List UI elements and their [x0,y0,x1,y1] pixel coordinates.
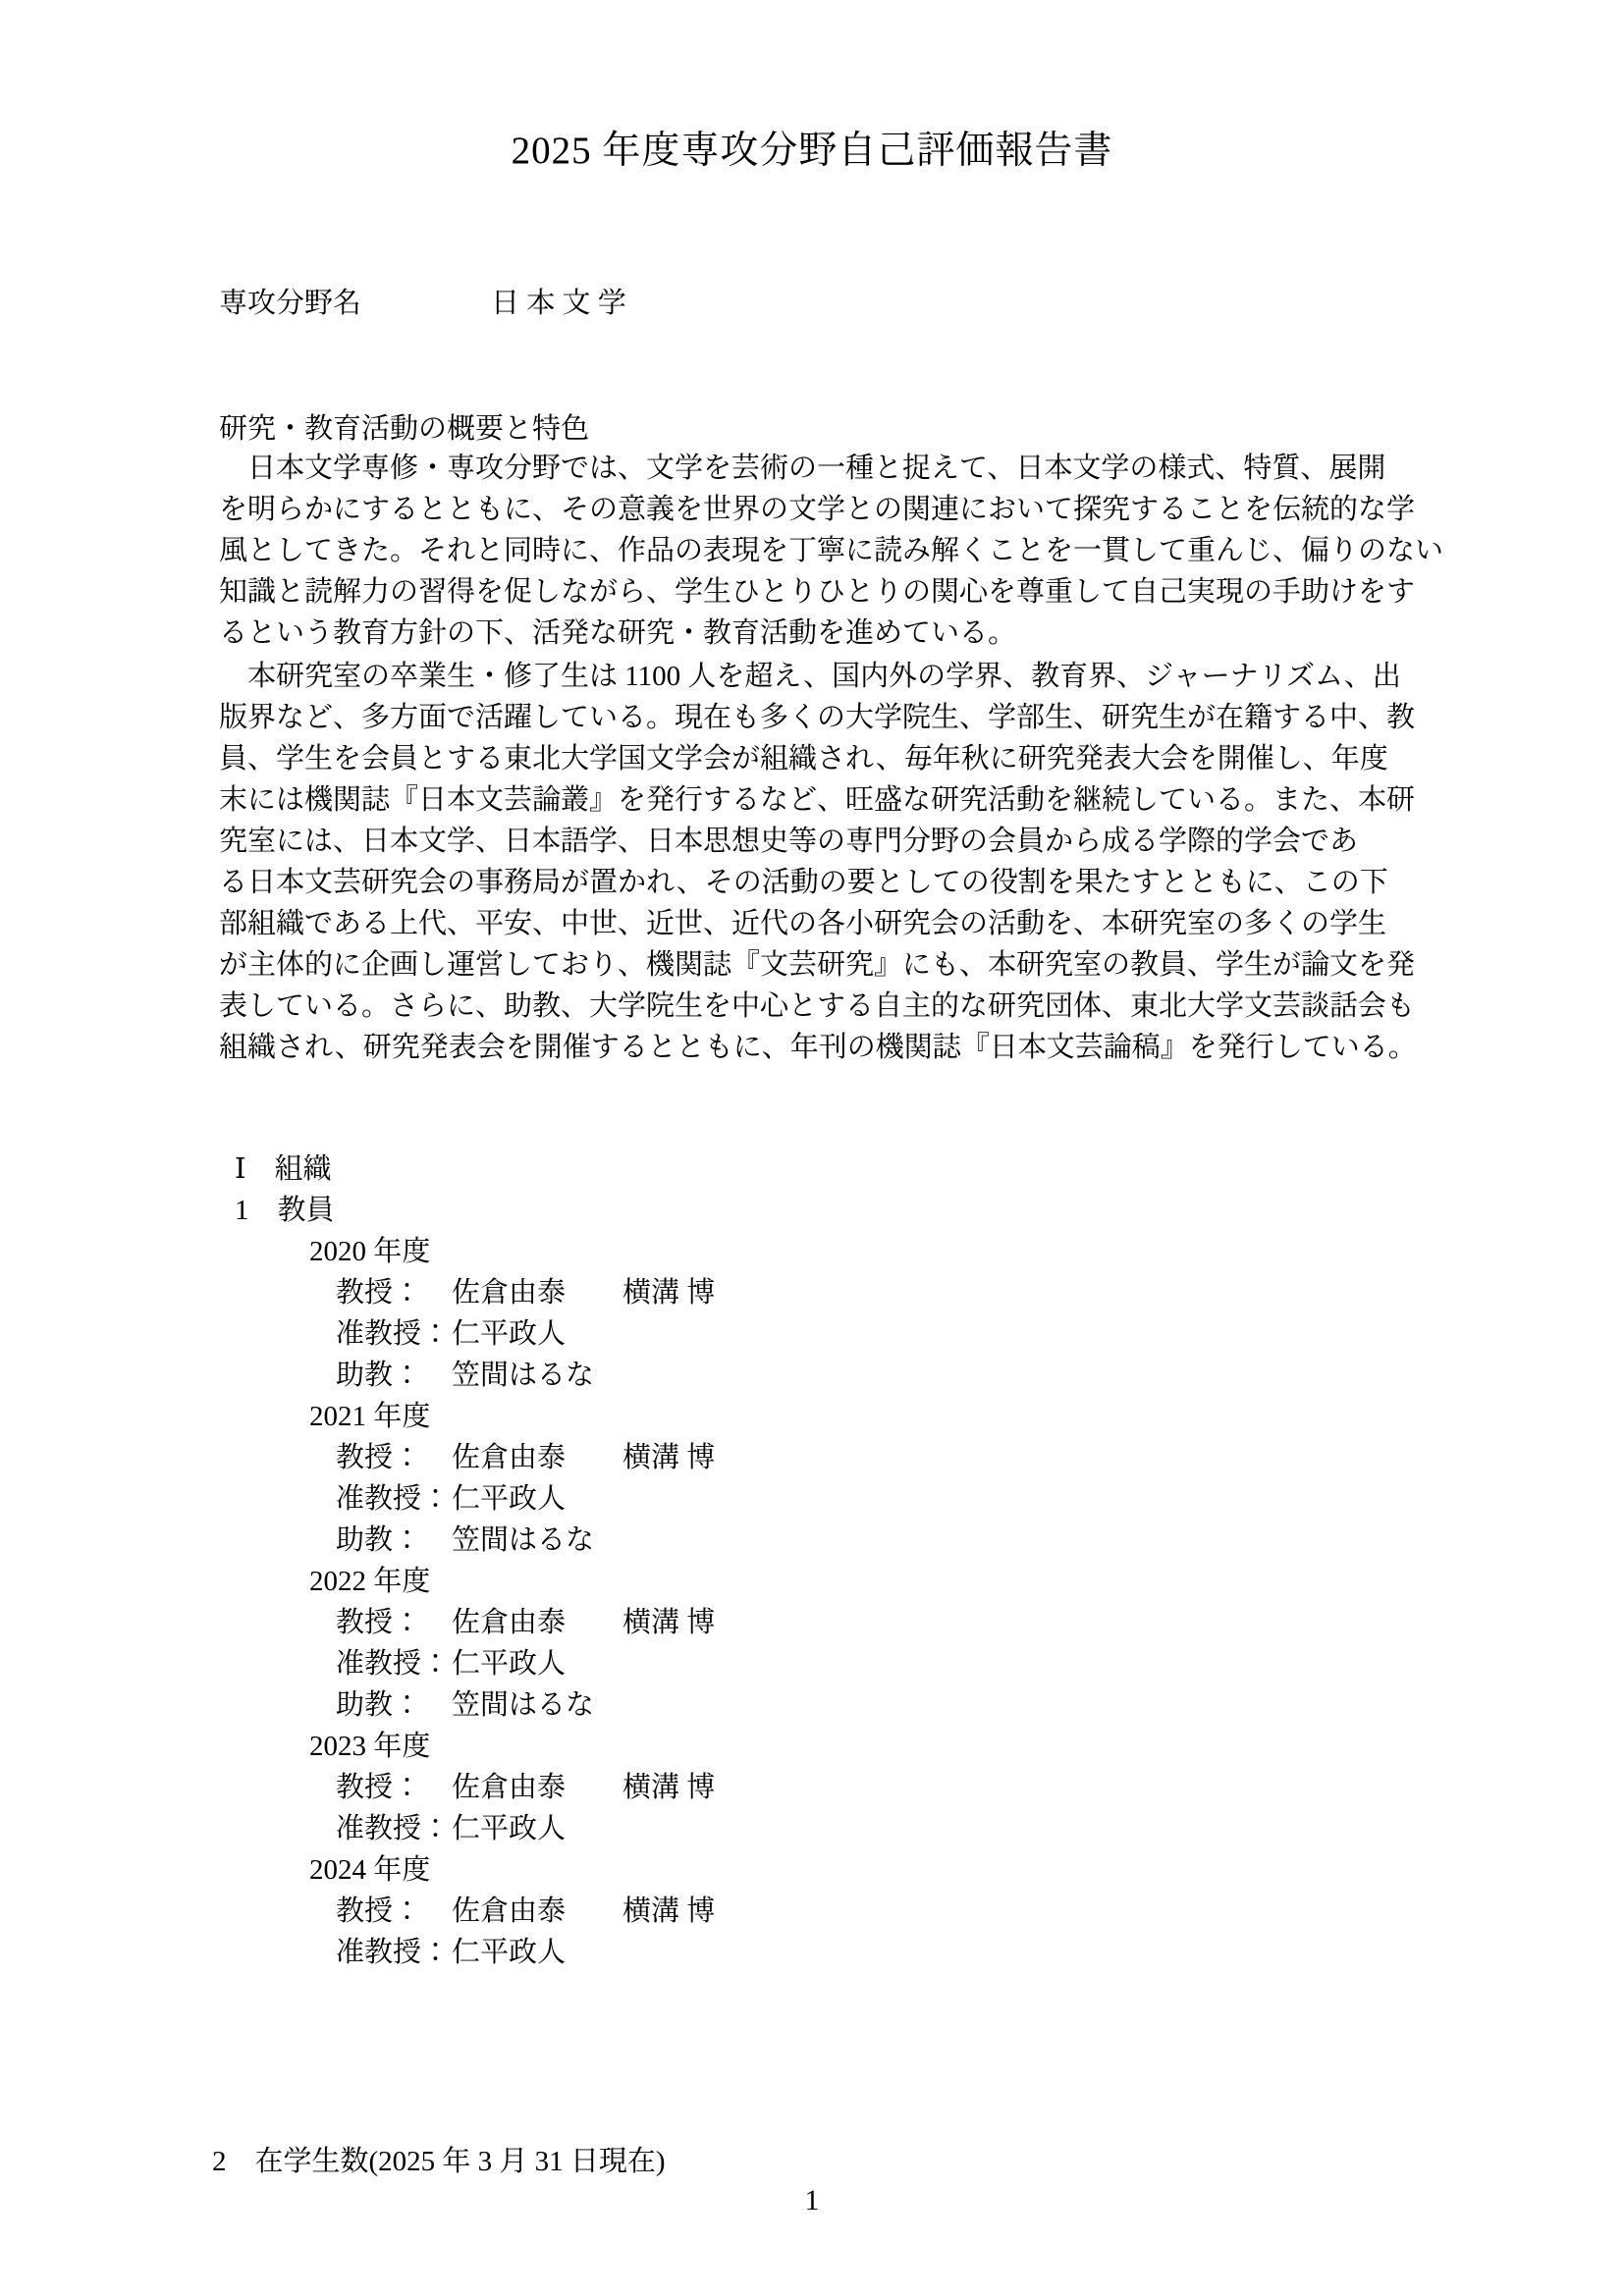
year-label-2021: 2021 年度 [219,1396,715,1437]
faculty-name: 佐倉由泰 [452,1891,566,1932]
faculty-role: 准教授： [336,1478,452,1520]
year-label-2020: 2020 年度 [219,1231,715,1272]
paragraph-line: が主体的に企画し運営しており、機関誌『文芸研究』にも、本研究室の教員、学生が論文… [219,944,1456,986]
faculty-role: 准教授： [336,1643,452,1684]
faculty-name: 横溝 博 [623,1602,715,1643]
faculty-row: 助教：笠間はるな [219,1355,715,1396]
field-value: 日 本 文 学 [491,288,626,319]
faculty-name: 笠間はるな [452,1684,594,1726]
faculty-row: 准教授：仁平政人 [219,1932,715,1973]
paragraph-line: 知識と読解力の習得を促しながら、学生ひとりひとりの関心を尊重して自己実現の手助け… [219,571,1456,613]
faculty-row: 准教授：仁平政人 [219,1808,715,1849]
faculty-name: 佐倉由泰 [452,1272,566,1313]
paragraph-line: を明らかにするとともに、その意義を世界の文学との関連において探究することを伝統的… [219,489,1456,530]
document-page: 2025 年度専攻分野自己評価報告書 専攻分野名日 本 文 学 研究・教育活動の… [0,0,1624,2296]
paragraph-line: 版界など、多方面で活躍している。現在も多くの大学院生、学部生、研究生が在籍する中… [219,697,1456,738]
field-row: 専攻分野名日 本 文 学 [219,283,626,324]
faculty-name: 仁平政人 [452,1808,566,1849]
faculty-name: 横溝 博 [623,1272,715,1313]
org-subsection-label: 1 教員 [219,1190,715,1231]
year-label-2024: 2024 年度 [219,1849,715,1891]
page-number: 1 [0,2181,1624,2220]
year-label-2023: 2023 年度 [219,1726,715,1767]
overview-paragraph-2: 本研究室の卒業生・修了生は 1100 人を超え、国内外の学界、教育界、ジャーナリ… [219,656,1456,1068]
faculty-role: 准教授： [336,1313,452,1355]
faculty-role: 教授： [336,1272,452,1313]
faculty-name: 笠間はるな [452,1520,594,1561]
faculty-role: 教授： [336,1767,452,1808]
faculty-row: 教授：佐倉由泰横溝 博 [219,1602,715,1643]
faculty-role: 准教授： [336,1932,452,1973]
paragraph-line: 本研究室の卒業生・修了生は 1100 人を超え、国内外の学界、教育界、ジャーナリ… [219,656,1456,697]
paragraph-line: 末には機関誌『日本文芸論叢』を発行するなど、旺盛な研究活動を継続している。また、… [219,779,1456,821]
students-heading: 2 在学生数(2025 年 3 月 31 日現在) [212,2141,666,2182]
faculty-name: 横溝 博 [623,1437,715,1478]
org-section-label: Ⅰ 組織 [219,1148,715,1190]
overview-heading: 研究・教育活動の概要と特色 [219,408,589,450]
faculty-row: 准教授：仁平政人 [219,1643,715,1684]
faculty-role: 教授： [336,1891,452,1932]
paragraph-line: る日本文芸研究会の事務局が置かれ、その活動の要としての役割を果たすとともに、この… [219,862,1456,903]
faculty-role: 教授： [336,1437,452,1478]
faculty-name: 仁平政人 [452,1643,566,1684]
paragraph-line: 部組織である上代、平安、中世、近世、近代の各小研究会の活動を、本研究室の多くの学… [219,903,1456,944]
faculty-name: 笠間はるな [452,1355,594,1396]
faculty-role: 教授： [336,1602,452,1643]
paragraph-line: 組織され、研究発表会を開催するとともに、年刊の機関誌『日本文芸論稿』を発行してい… [219,1027,1456,1068]
faculty-row: 教授：佐倉由泰横溝 博 [219,1891,715,1932]
faculty-role: 准教授： [336,1808,452,1849]
faculty-name: 佐倉由泰 [452,1437,566,1478]
paragraph-line: 員、学生を会員とする東北大学国文学会が組織され、毎年秋に研究発表大会を開催し、年… [219,738,1456,779]
faculty-role: 助教： [336,1520,452,1561]
page-title: 2025 年度専攻分野自己評価報告書 [0,128,1624,175]
field-label: 専攻分野名 [219,283,491,324]
faculty-name: 仁平政人 [452,1478,566,1520]
faculty-row: 准教授：仁平政人 [219,1313,715,1355]
faculty-row: 教授：佐倉由泰横溝 博 [219,1767,715,1808]
overview-paragraph-1: 日本文学専修・専攻分野では、文学を芸術の一種と捉えて、日本文学の様式、特質、展開… [219,448,1456,654]
faculty-row: 助教：笠間はるな [219,1520,715,1561]
faculty-role: 助教： [336,1355,452,1396]
paragraph-line: 日本文学専修・専攻分野では、文学を芸術の一種と捉えて、日本文学の様式、特質、展開 [219,448,1456,489]
paragraph-line: るという教育方針の下、活発な研究・教育活動を進めている。 [219,613,1456,654]
organization-section: Ⅰ 組織 1 教員 2020 年度 教授：佐倉由泰横溝 博 准教授：仁平政人 助… [219,1148,715,1973]
faculty-row: 教授：佐倉由泰横溝 博 [219,1437,715,1478]
faculty-row: 准教授：仁平政人 [219,1478,715,1520]
faculty-name: 仁平政人 [452,1313,566,1355]
paragraph-line: 風としてきた。それと同時に、作品の表現を丁寧に読み解くことを一貫して重んじ、偏り… [219,530,1456,571]
faculty-name: 仁平政人 [452,1932,566,1973]
faculty-row: 助教：笠間はるな [219,1684,715,1726]
faculty-name: 佐倉由泰 [452,1767,566,1808]
paragraph-line: 究室には、日本文学、日本語学、日本思想史等の専門分野の会員から成る学際的学会であ [219,821,1456,862]
faculty-name: 佐倉由泰 [452,1602,566,1643]
faculty-role: 助教： [336,1684,452,1726]
year-label-2022: 2022 年度 [219,1561,715,1602]
faculty-name: 横溝 博 [623,1767,715,1808]
paragraph-line: 表している。さらに、助教、大学院生を中心とする自主的な研究団体、東北大学文芸談話… [219,986,1456,1027]
faculty-name: 横溝 博 [623,1891,715,1932]
faculty-row: 教授：佐倉由泰横溝 博 [219,1272,715,1313]
